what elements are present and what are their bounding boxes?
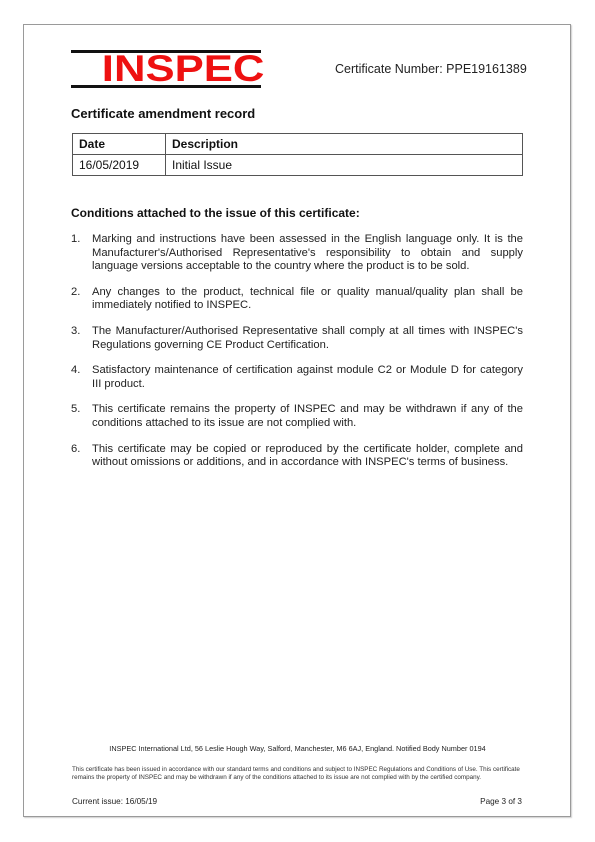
condition-item: 4.Satisfactory maintenance of certificat… xyxy=(71,364,523,391)
cell-date: 16/05/2019 xyxy=(73,155,166,176)
footer-address: INSPEC International Ltd, 56 Leslie Houg… xyxy=(0,744,595,753)
condition-item: 5.This certificate remains the property … xyxy=(71,403,523,430)
page-number: Page 3 of 3 xyxy=(480,797,522,806)
column-header-date: Date xyxy=(73,134,166,155)
condition-text: This certificate remains the property of… xyxy=(92,403,523,429)
condition-number: 2. xyxy=(71,286,80,300)
condition-number: 4. xyxy=(71,364,80,378)
certificate-number: Certificate Number: PPE19161389 xyxy=(335,62,527,76)
condition-text: Any changes to the product, technical fi… xyxy=(92,286,523,312)
inspec-logo: INSPEC xyxy=(71,50,261,88)
current-issue: Current issue: 16/05/19 xyxy=(72,797,157,806)
condition-item: 6.This certificate may be copied or repr… xyxy=(71,443,523,470)
condition-text: Marking and instructions have been asses… xyxy=(92,233,523,272)
footer-disclaimer: This certificate has been issued in acco… xyxy=(72,766,527,782)
amendment-table: Date Description 16/05/2019Initial Issue xyxy=(72,133,523,176)
conditions-title: Conditions attached to the issue of this… xyxy=(71,206,360,220)
condition-text: The Manufacturer/Authorised Representati… xyxy=(92,325,523,351)
condition-item: 2.Any changes to the product, technical … xyxy=(71,286,523,313)
column-header-description: Description xyxy=(166,134,523,155)
table-row: 16/05/2019Initial Issue xyxy=(73,155,523,176)
logo-wordmark: INSPEC xyxy=(71,52,295,85)
condition-number: 1. xyxy=(71,233,80,247)
condition-number: 3. xyxy=(71,325,80,339)
condition-text: This certificate may be copied or reprod… xyxy=(92,443,523,469)
condition-item: 3.The Manufacturer/Authorised Representa… xyxy=(71,325,523,352)
condition-number: 5. xyxy=(71,403,80,417)
amendment-record-title: Certificate amendment record xyxy=(71,106,255,121)
cell-description: Initial Issue xyxy=(166,155,523,176)
table-header-row: Date Description xyxy=(73,134,523,155)
condition-number: 6. xyxy=(71,443,80,457)
condition-item: 1.Marking and instructions have been ass… xyxy=(71,233,523,274)
condition-text: Satisfactory maintenance of certificatio… xyxy=(92,364,523,390)
logo-bottom-bar xyxy=(71,85,261,88)
conditions-list: 1.Marking and instructions have been ass… xyxy=(71,233,523,482)
